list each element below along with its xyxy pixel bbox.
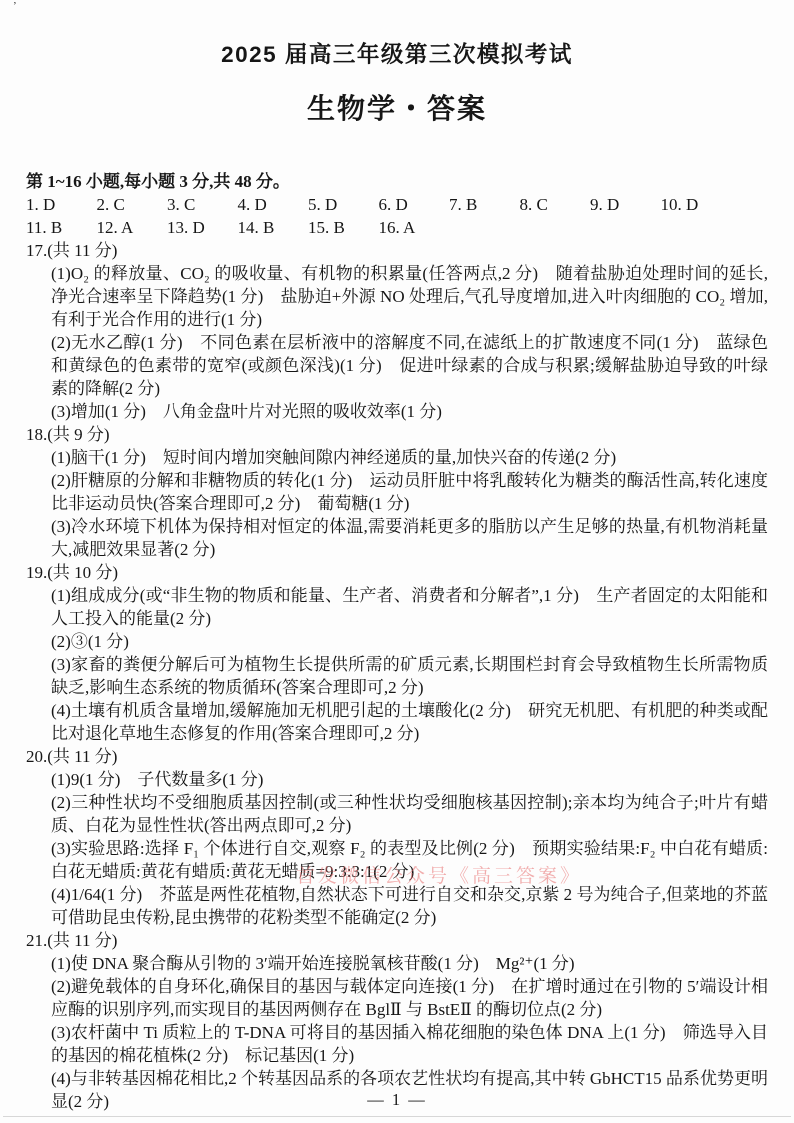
- question-21: 21.(共 11 分) (1)使 DNA 聚合酶从引物的 3′端开始连接脱氧核苷…: [26, 929, 768, 1113]
- question-19-answer-3: (3)家畜的粪便分解后可为植物生长提供所需的矿质元素,长期围栏封育会导致植物生长…: [51, 653, 768, 699]
- question-21-heading: 21.(共 11 分): [26, 929, 768, 952]
- mc-answers-row-1: 1. D 2. C 3. C 4. D 5. D 6. D 7. B 8. C …: [26, 193, 768, 216]
- mc-answer-15: 15. B: [308, 216, 379, 239]
- mc-answer-6: 6. D: [379, 193, 450, 216]
- question-18: 18.(共 9 分) (1)脑干(1 分) 短时间内增加突触间隙内神经递质的量,…: [26, 423, 768, 561]
- question-20-answer-3: (3)实验思路:选择 F₁ 个体进行自交,观察 F₂ 的表型及比例(2 分) 预…: [51, 837, 768, 883]
- mc-answer-3: 3. C: [167, 193, 238, 216]
- question-21-answer-2: (2)避免载体的自身环化,确保目的基因与载体定向连接(1 分) 在扩增时通过在引…: [51, 975, 768, 1021]
- answer-sheet-page: 2025 届高三年级第三次模拟考试 生物学・答案 第 1~16 小题,每小题 3…: [0, 0, 794, 1113]
- question-21-answer-3: (3)农杆菌中 Ti 质粒上的 T-DNA 可将目的基因插入棉花细胞的染色体 D…: [51, 1021, 768, 1067]
- exam-title: 2025 届高三年级第三次模拟考试: [26, 40, 768, 70]
- mc-answer-10: 10. D: [661, 193, 732, 216]
- mc-answers-row-2: 11. B 12. A 13. D 14. B 15. B 16. A: [26, 216, 768, 239]
- question-20: 20.(共 11 分) (1)9(1 分) 子代数量多(1 分) (2)三种性状…: [26, 745, 768, 929]
- question-17-answer-2: (2)无水乙醇(1 分) 不同色素在层析液中的溶解度不同,在滤纸上的扩散速度不同…: [51, 331, 768, 400]
- question-20-answer-1: (1)9(1 分) 子代数量多(1 分): [51, 768, 768, 791]
- scan-edge-line: [3, 1116, 791, 1117]
- question-19-answer-1: (1)组成成分(或“非生物的物质和能量、生产者、消费者和分解者”,1 分) 生产…: [51, 584, 768, 630]
- mc-answer-8: 8. C: [520, 193, 591, 216]
- mc-answer-14: 14. B: [238, 216, 309, 239]
- question-17: 17.(共 11 分) (1)O₂ 的释放量、CO₂ 的吸收量、有机物的积累量(…: [26, 239, 768, 423]
- question-18-answer-1: (1)脑干(1 分) 短时间内增加突触间隙内神经递质的量,加快兴奋的传递(2 分…: [51, 446, 768, 469]
- mc-answer-9: 9. D: [590, 193, 661, 216]
- page-number: — 1 —: [0, 1090, 794, 1110]
- question-20-answer-2: (2)三种性状均不受细胞质基因控制(或三种性状均受细胞核基因控制);亲本均为纯合…: [51, 791, 768, 837]
- question-18-answer-2: (2)肝糖原的分解和非糖物质的转化(1 分) 运动员肝脏中将乳酸转化为糖类的酶活…: [51, 469, 768, 515]
- question-19-answer-4: (4)土壤有机质含量增加,缓解施加无机肥引起的土壤酸化(2 分) 研究无机肥、有…: [51, 699, 768, 745]
- question-19-answer-2: (2)③(1 分): [51, 630, 768, 653]
- question-19: 19.(共 10 分) (1)组成成分(或“非生物的物质和能量、生产者、消费者和…: [26, 561, 768, 745]
- question-19-heading: 19.(共 10 分): [26, 561, 768, 584]
- question-17-answer-1: (1)O₂ 的释放量、CO₂ 的吸收量、有机物的积累量(任答两点,2 分) 随着…: [51, 262, 768, 331]
- question-18-heading: 18.(共 9 分): [26, 423, 768, 446]
- mc-answer-4: 4. D: [238, 193, 309, 216]
- mc-answer-1: 1. D: [26, 193, 97, 216]
- subject-title: 生物学・答案: [26, 90, 768, 128]
- question-17-heading: 17.(共 11 分): [26, 239, 768, 262]
- mc-answer-7: 7. B: [449, 193, 520, 216]
- answer-body: 第 1~16 小题,每小题 3 分,共 48 分。 1. D 2. C 3. C…: [26, 170, 768, 1113]
- question-17-answer-3: (3)增加(1 分) 八角金盘叶片对光照的吸收效率(1 分): [51, 400, 768, 423]
- mc-answer-13: 13. D: [167, 216, 238, 239]
- mc-answer-12: 12. A: [97, 216, 168, 239]
- question-21-answer-1: (1)使 DNA 聚合酶从引物的 3′端开始连接脱氧核苷酸(1 分) Mg²⁺(…: [51, 952, 768, 975]
- multiple-choice-header: 第 1~16 小题,每小题 3 分,共 48 分。: [26, 170, 768, 193]
- mc-answer-5: 5. D: [308, 193, 379, 216]
- mc-answer-11: 11. B: [26, 216, 97, 239]
- mc-answer-16: 16. A: [379, 216, 450, 239]
- question-20-heading: 20.(共 11 分): [26, 745, 768, 768]
- question-18-answer-3: (3)冷水环境下机体为保持相对恒定的体温,需要消耗更多的脂肪以产生足够的热量,有…: [51, 515, 768, 561]
- question-20-answer-4: (4)1/64(1 分) 芥蓝是两性花植物,自然状态下可进行自交和杂交,京紫 2…: [51, 883, 768, 929]
- mc-answer-2: 2. C: [97, 193, 168, 216]
